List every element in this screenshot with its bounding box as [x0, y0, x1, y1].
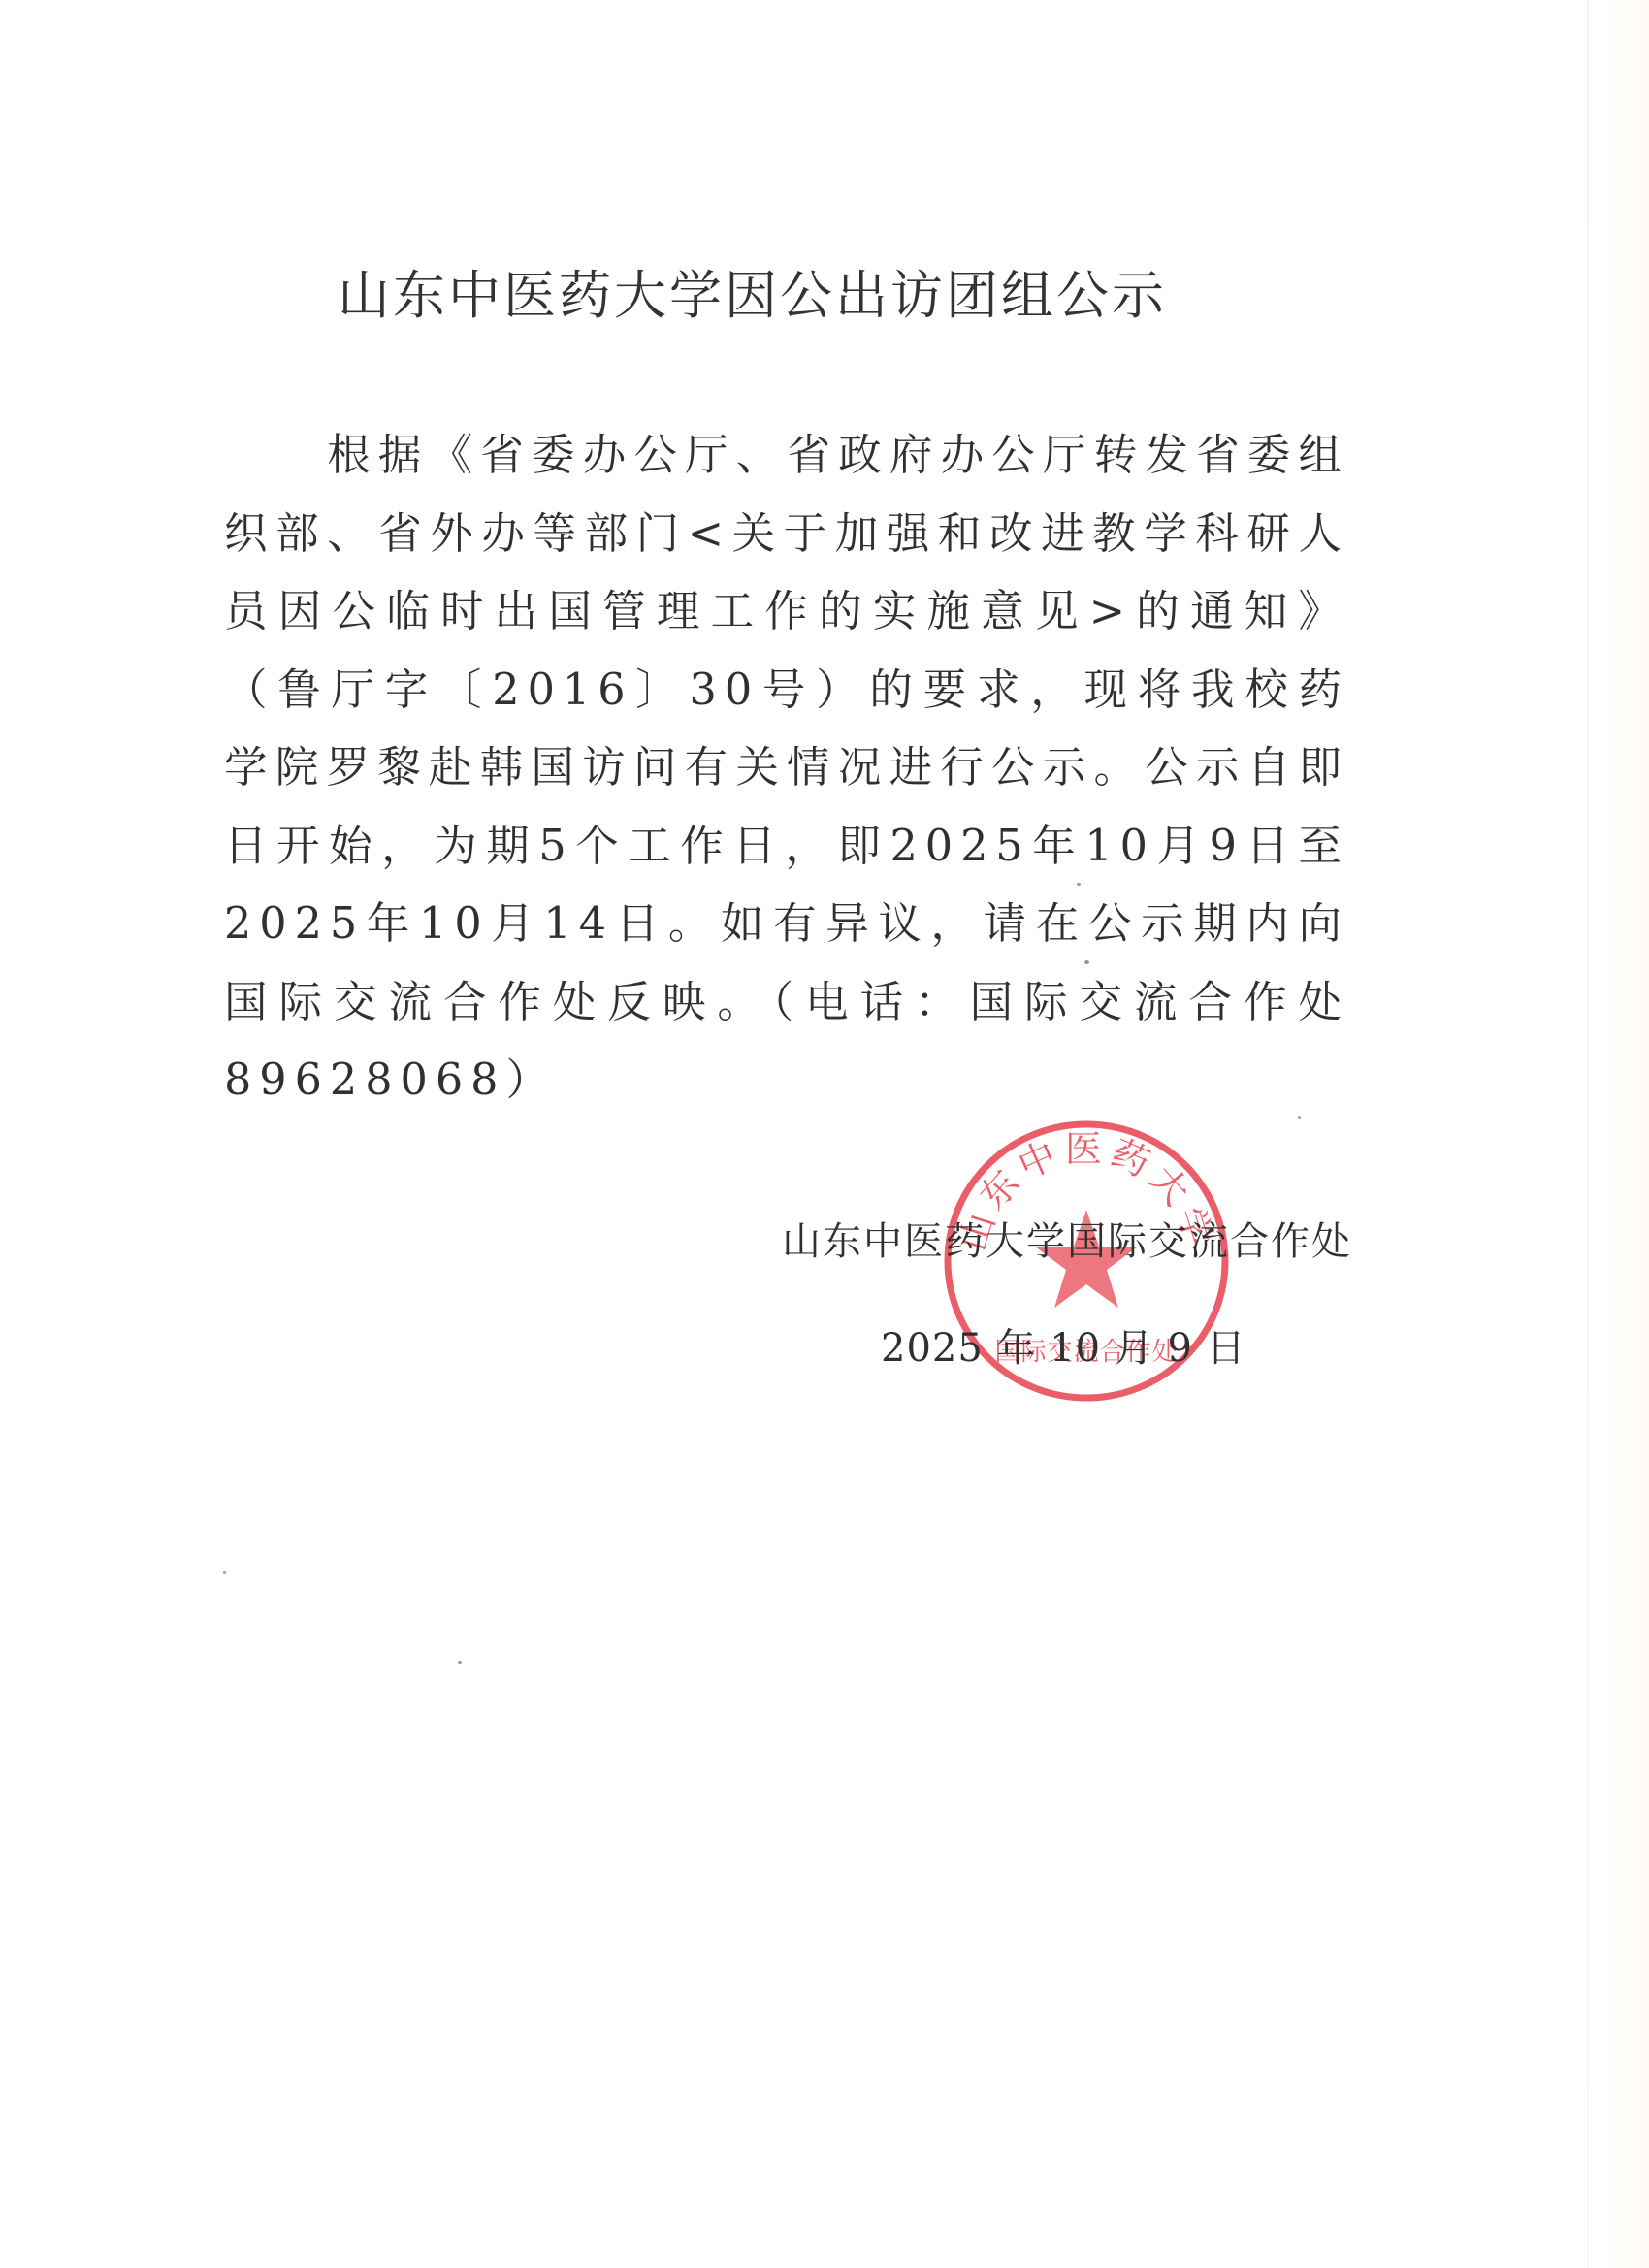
body-paragraph: 根据《省委办公厅、省政府办公厅转发省委组织部、省外办等部门<关于加强和改进教学科… [224, 431, 1349, 1105]
document-title: 山东中医药大学因公出访团组公示 [338, 264, 1240, 328]
document-body: 根据《省委办公厅、省政府办公厅转发省委组织部、省外办等部门<关于加强和改进教学科… [224, 417, 1349, 1120]
scan-speck [1077, 883, 1081, 886]
signature-organization: 山东中医药大学国际交流合作处 [782, 1213, 1364, 1271]
scan-edge-line [1587, 0, 1589, 2268]
scan-speck [223, 1571, 226, 1574]
signature-date: 2025 年 10 月 9 日 [881, 1319, 1211, 1377]
scan-speck [458, 1661, 462, 1664]
scan-speck [1084, 960, 1089, 964]
scan-edge-tint [1600, 0, 1649, 2268]
scan-speck [1298, 1116, 1301, 1119]
